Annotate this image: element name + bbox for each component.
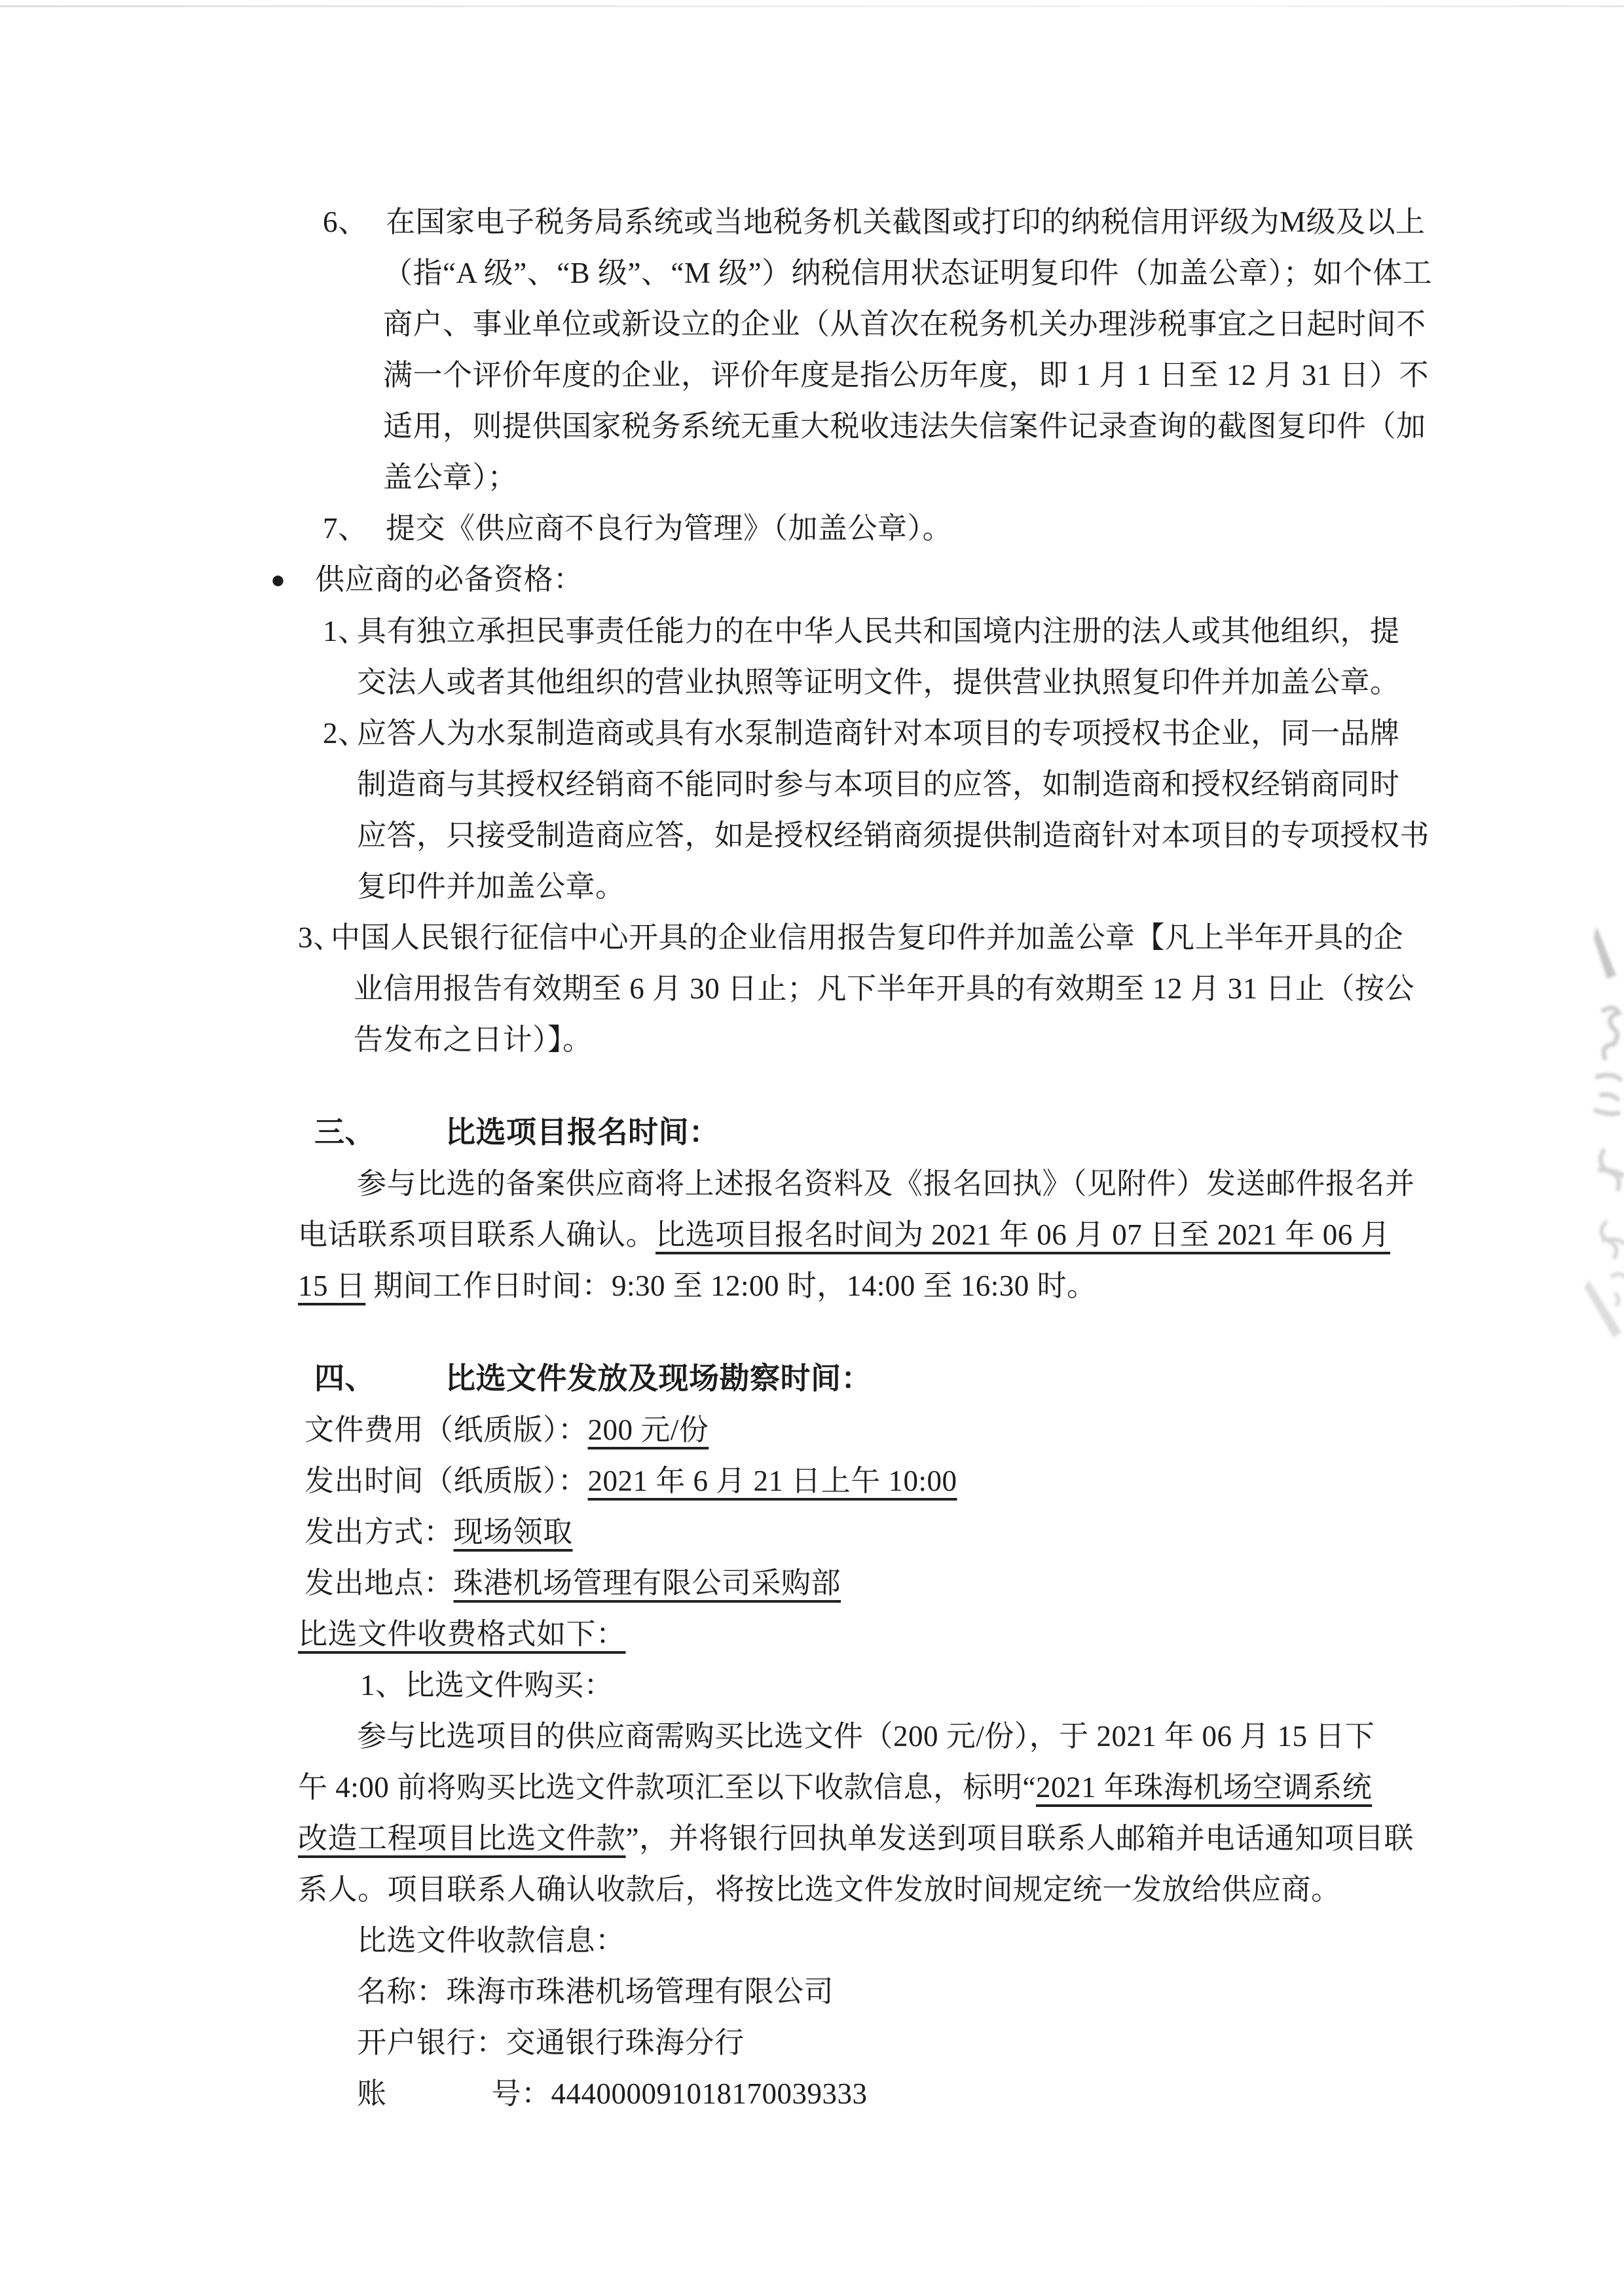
item-6-line-5: 适用，则提供国家税务系统无重大税收违法失信案件记录查询的截图复印件（加 — [298, 401, 1450, 452]
field-issue-method-value: 现场领取 — [454, 1516, 573, 1548]
payee-bank-value: 交通银行珠海分行 — [506, 2026, 745, 2059]
purchase-para-line-2-normal: 午 4:00 前将购买比选文件款项汇至以下收款信息，标明“ — [298, 1771, 1036, 1804]
purchase-para-line-4: 系人。项目联系人确认收款后，将按比选文件发放时间规定统一发放给供应商。 — [298, 1864, 1450, 1915]
signup-period-underlined: 比选项目报名时间为 2021 年 06 月 07 日至 2021 年 06 月 — [655, 1218, 1390, 1251]
list-item-6: 6、在国家电子税务局系统或当地税务机关截图或打印的纳税信用评级为M级及以上 （指… — [298, 196, 1450, 503]
section-4-heading: 四、比选文件发放及现场勘察时间： — [298, 1353, 1450, 1404]
signup-period-end-underlined: 15 日 — [298, 1269, 365, 1302]
qualification-item-1-number: 1、 — [323, 606, 357, 657]
item-6-number: 6、 — [323, 196, 386, 247]
bullet-icon: ● — [270, 555, 315, 606]
purchase-para-line-3-normal: ”，并将银行回执单发送到项目联系人邮箱并电话通知项目联 — [626, 1822, 1414, 1855]
item-6-line-2: （指“A 级”、“B 级”、“M 级”）纳税信用状态证明复印件（加盖公章）；如个… — [298, 247, 1450, 299]
purchase-para-line-1: 参与比选项目的供应商需购买比选文件（200 元/份），于 2021 年 06 月… — [298, 1711, 1450, 1762]
field-issue-time: 发出时间（纸质版）：2021 年 6 月 21 日上午 10:00 — [298, 1455, 1450, 1506]
field-issue-place-label: 发出地点： — [304, 1567, 454, 1599]
purchase-subheading: 1、比选文件购买： — [298, 1660, 1450, 1711]
payment-info-heading: 比选文件收款信息： — [298, 1915, 1450, 1966]
payee-account-label-1: 账 — [357, 2077, 387, 2110]
fee-format-note: 比选文件收费格式如下： — [298, 1609, 1450, 1660]
purchase-para-line-3: 改造工程项目比选文件款”，并将银行回执单发送到项目联系人邮箱并电话通知项目联 — [298, 1813, 1450, 1864]
item-6-line-6: 盖公章）； — [298, 452, 1450, 503]
field-issue-method-label: 发出方式： — [304, 1516, 454, 1548]
section-3-para-line-2: 电话联系项目联系人确认。比选项目报名时间为 2021 年 06 月 07 日至 … — [298, 1209, 1450, 1260]
payee-bank-label: 开户银行： — [357, 2026, 506, 2059]
field-document-fee-label: 文件费用（纸质版）： — [304, 1413, 588, 1446]
scan-edge-artifact — [0, 5, 1624, 7]
payee-account-label-2: 号： — [492, 2077, 551, 2110]
qualification-item-2-line-1: 应答人为水泵制造商或具有水泵制造商针对本项目的专项授权书企业，同一品牌 — [357, 717, 1400, 750]
fee-format-note-text: 比选文件收费格式如下： — [298, 1618, 626, 1650]
payee-account-value: 444000091018170039333 — [551, 2077, 868, 2110]
section-3-heading: 三、比选项目报名时间： — [298, 1107, 1450, 1158]
field-issue-time-value: 2021 年 6 月 21 日上午 10:00 — [588, 1465, 957, 1497]
section-3-paragraph: 参与比选的备案供应商将上述报名资料及《报名回执》（见附件）发送邮件报名并 电话联… — [298, 1158, 1450, 1311]
section-3-para-line-3: 15 日 期间工作日时间：9:30 至 12:00 时，14:00 至 16:3… — [298, 1260, 1450, 1311]
field-issue-place: 发出地点：珠港机场管理有限公司采购部 — [298, 1558, 1450, 1609]
field-issue-time-label: 发出时间（纸质版）： — [304, 1465, 588, 1497]
item-6-line-1: 在国家电子税务局系统或当地税务机关截图或打印的纳税信用评级为M级及以上 — [386, 206, 1426, 238]
qualification-item-3-line-1: 中国人民银行征信中心开具的企业信用报告复印件并加盖公章【凡上半年开具的企 — [331, 921, 1403, 954]
qualification-item-3: 3、中国人民银行征信中心开具的企业信用报告复印件并加盖公章【凡上半年开具的企 业… — [298, 912, 1450, 1065]
qualification-item-2-line-4: 复印件并加盖公章。 — [298, 861, 1450, 912]
payee-account-row: 账号：444000091018170039333 — [298, 2068, 1450, 2119]
section-3-para-line-1: 参与比选的备案供应商将上述报名资料及《报名回执》（见附件）发送邮件报名并 — [298, 1158, 1450, 1209]
purchase-para-line-2: 午 4:00 前将购买比选文件款项汇至以下收款信息，标明“2021 年珠海机场空… — [298, 1762, 1450, 1813]
qualification-title: 供应商的必备资格： — [315, 563, 583, 596]
section-4-title: 比选文件发放及现场勘察时间： — [445, 1362, 872, 1395]
project-payment-title-underlined: 2021 年珠海机场空调系统 — [1036, 1771, 1372, 1804]
qualification-item-3-line-3: 告发布之日计）】。 — [298, 1014, 1450, 1065]
field-document-fee: 文件费用（纸质版）：200 元/份 — [298, 1404, 1450, 1455]
qualification-item-2-line-3: 应答，只接受制造商应答，如是授权经销商须提供制造商针对本项目的专项授权书 — [298, 810, 1450, 861]
payee-bank-row: 开户银行：交通银行珠海分行 — [298, 2017, 1450, 2068]
field-document-fee-value: 200 元/份 — [588, 1413, 709, 1446]
qualification-item-3-number: 3、 — [298, 912, 331, 963]
section-3-title: 比选项目报名时间： — [445, 1116, 720, 1149]
section-3-para-line-3-normal: 期间工作日时间：9:30 至 12:00 时，14:00 至 16:30 时。 — [365, 1269, 1096, 1302]
field-issue-place-value: 珠港机场管理有限公司采购部 — [454, 1567, 841, 1599]
qualification-item-2: 2、应答人为水泵制造商或具有水泵制造商针对本项目的专项授权书企业，同一品牌 制造… — [298, 708, 1450, 912]
item-6-line-3: 商户、事业单位或新设立的企业（从首次在税务机关办理涉税事宜之日起时间不 — [298, 299, 1450, 350]
qualification-item-1: 1、具有独立承担民事责任能力的在中华人民共和国境内注册的法人或其他组织，提 交法… — [298, 606, 1450, 708]
qualification-heading: ●供应商的必备资格： — [298, 554, 1450, 606]
purchase-paragraph: 参与比选项目的供应商需购买比选文件（200 元/份），于 2021 年 06 月… — [298, 1711, 1450, 1915]
document-page: 6、在国家电子税务局系统或当地税务机关截图或打印的纳税信用评级为M级及以上 （指… — [0, 0, 1624, 2296]
bleed-through-marks — [1556, 913, 1624, 1345]
list-item-7: 7、提交《供应商不良行为管理》（加盖公章）。 — [298, 503, 1450, 554]
project-payment-title-underlined-2: 改造工程项目比选文件款 — [298, 1822, 626, 1855]
section-4-number: 四、 — [314, 1353, 445, 1404]
qualification-item-2-line-2: 制造商与其授权经销商不能同时参与本项目的应答，如制造商和授权经销商同时 — [298, 759, 1450, 810]
item-7-line-1: 提交《供应商不良行为管理》（加盖公章）。 — [386, 512, 952, 545]
qualification-item-1-line-2: 交法人或者其他组织的营业执照等证明文件，提供营业执照复印件并加盖公章。 — [298, 657, 1450, 708]
section-3-number: 三、 — [314, 1107, 445, 1158]
item-6-line-4: 满一个评价年度的企业，评价年度是指公历年度，即 1 月 1 日至 12 月 31… — [298, 350, 1450, 401]
qualification-item-2-number: 2、 — [323, 708, 357, 759]
section-3-para-line-2-normal: 电话联系项目联系人确认。 — [298, 1218, 655, 1251]
payee-name-label: 名称： — [357, 1975, 447, 2008]
document-content: 6、在国家电子税务局系统或当地税务机关截图或打印的纳税信用评级为M级及以上 （指… — [298, 196, 1450, 2119]
qualification-item-1-line-1: 具有独立承担民事责任能力的在中华人民共和国境内注册的法人或其他组织，提 — [357, 615, 1400, 647]
qualification-item-3-line-2: 业信用报告有效期至 6 月 30 日止；凡下半年开具的有效期至 12 月 31 … — [298, 963, 1450, 1014]
item-7-number: 7、 — [323, 503, 386, 554]
payee-name-value: 珠海市珠港机场管理有限公司 — [447, 1975, 834, 2008]
payee-name-row: 名称：珠海市珠港机场管理有限公司 — [298, 1966, 1450, 2017]
field-issue-method: 发出方式：现场领取 — [298, 1506, 1450, 1558]
